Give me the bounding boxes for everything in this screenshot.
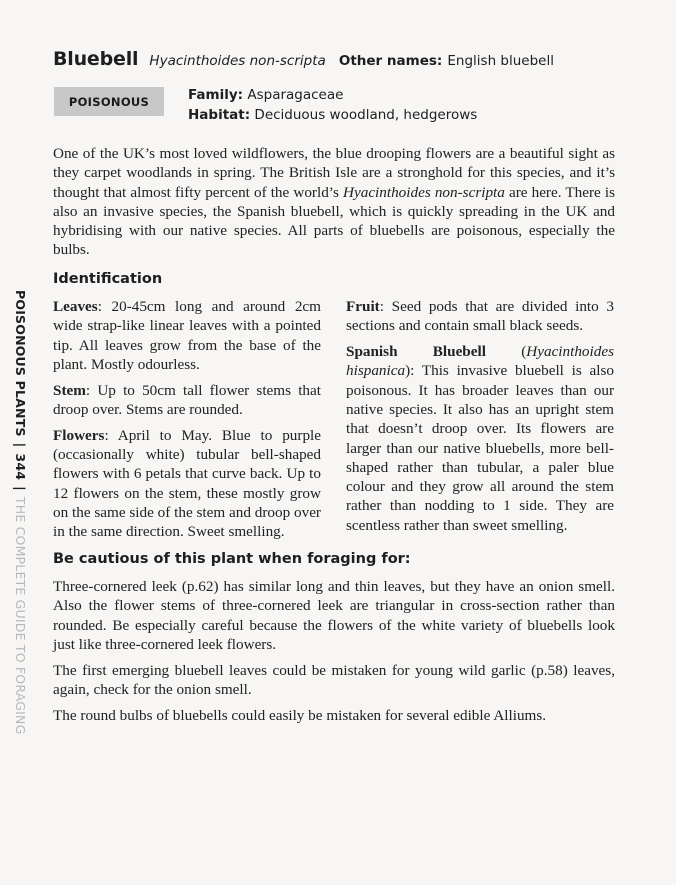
stem-text: : Up to 50cm tall flower stems that droo…: [53, 382, 321, 418]
separator: |: [13, 443, 28, 448]
intro-paragraph: One of the UK’s most loved wildflowers, …: [53, 144, 615, 260]
fruit-entry: Fruit: Seed pods that are divided into 3…: [346, 297, 614, 336]
spanish-bluebell-text: ): This invasive bluebell is also poison…: [346, 362, 614, 533]
fruit-label: Fruit: [346, 298, 380, 315]
leaves-label: Leaves: [53, 298, 98, 315]
fruit-text: : Seed pods that are divided into 3 sect…: [346, 298, 614, 334]
intro-latin: Hyacinthoides non-scripta: [343, 184, 505, 201]
identification-left-column: Leaves: 20-45cm long and around 2cm wide…: [53, 297, 321, 548]
caution-body: Three-cornered leek (p.62) has similar l…: [53, 577, 615, 732]
caution-paragraph: The round bulbs of bluebells could easil…: [53, 706, 615, 725]
other-names-value: English bluebell: [447, 53, 554, 69]
flowers-label: Flowers: [53, 427, 104, 444]
plant-meta: Family: Asparagaceae Habitat: Deciduous …: [188, 85, 477, 125]
section-name: POISONOUS PLANTS: [13, 290, 28, 437]
family-label: Family:: [188, 87, 243, 103]
plant-title-row: Bluebell Hyacinthoides non-scripta Other…: [53, 48, 554, 70]
book-page: Bluebell Hyacinthoides non-scripta Other…: [0, 0, 676, 885]
page-number: 344: [13, 453, 28, 480]
identification-heading: Identification: [53, 271, 162, 287]
habitat-value: Deciduous woodland, hedgerows: [254, 107, 477, 123]
side-tab: POISONOUS PLANTS|344|THE COMPLETE GUIDE …: [13, 290, 28, 734]
book-title: THE COMPLETE GUIDE TO FORAGING: [13, 497, 28, 735]
family-row: Family: Asparagaceae: [188, 85, 477, 105]
caution-paragraph: The first emerging bluebell leaves could…: [53, 661, 615, 700]
identification-right-column: Fruit: Seed pods that are divided into 3…: [346, 297, 614, 542]
separator: |: [13, 486, 28, 491]
caution-heading: Be cautious of this plant when foraging …: [53, 551, 411, 567]
spanish-bluebell-entry: Spanish Bluebell (Hyacinthoides hispanic…: [346, 342, 614, 535]
stem-entry: Stem: Up to 50cm tall flower stems that …: [53, 381, 321, 420]
latin-name: Hyacinthoides non-scripta: [149, 53, 325, 69]
other-names-label: Other names:: [339, 53, 442, 69]
habitat-label: Habitat:: [188, 107, 250, 123]
flowers-entry: Flowers: April to May. Blue to purple (o…: [53, 426, 321, 542]
poisonous-badge: POISONOUS: [54, 87, 164, 116]
habitat-row: Habitat: Deciduous woodland, hedgerows: [188, 105, 477, 125]
caution-paragraph: Three-cornered leek (p.62) has similar l…: [53, 577, 615, 654]
plant-name: Bluebell: [53, 48, 138, 70]
leaves-entry: Leaves: 20-45cm long and around 2cm wide…: [53, 297, 321, 374]
paren-open: (: [486, 343, 526, 360]
family-value: Asparagaceae: [247, 87, 343, 103]
stem-label: Stem: [53, 382, 86, 399]
spanish-bluebell-label: Spanish Bluebell: [346, 343, 486, 360]
